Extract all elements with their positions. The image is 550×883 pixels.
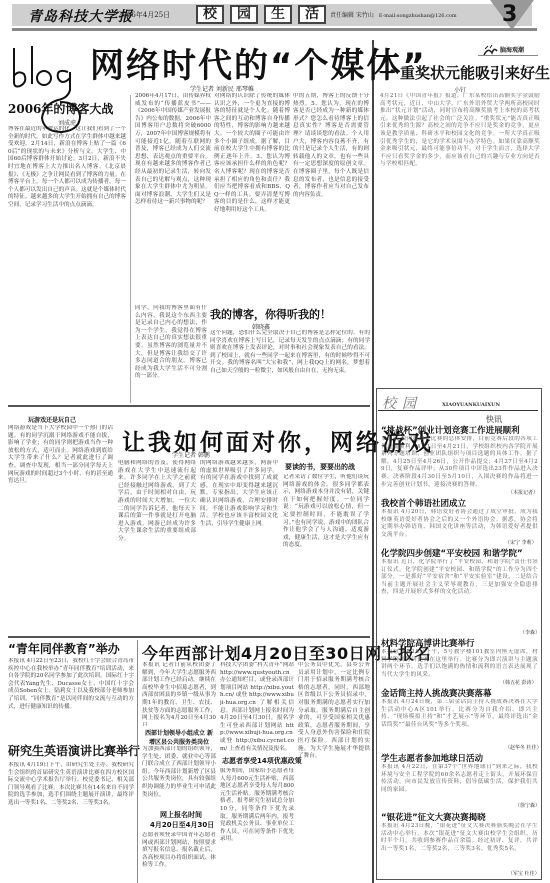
- section-rule: [8, 636, 370, 638]
- peer-education-headline: “青年同伴教育”举办: [8, 640, 120, 657]
- section-char: 生: [264, 5, 292, 24]
- kuaixun-item-source: （李森）: [520, 629, 540, 636]
- kuaixun-item-body: 本报讯 4月20日，韩语爱好者协会通过了成立审批，成为我校继英语爱好者协会之后的…: [381, 509, 538, 539]
- kuaixun-item-headline: 学生志愿者参加地球日活动: [381, 752, 483, 764]
- west-plan-col-1b: 为加强西部计划的组织领导，学生处、团委、就业中心等部门联合成立了西部计划领导小组…: [142, 746, 216, 808]
- blog-sub-headline: 我的博客，你得听我的！: [210, 306, 331, 322]
- game-col-3: 记者采访了数位学生，听他们谈玩网络游戏的体会。很多同学都表示，网络游戏本身并没有…: [283, 474, 369, 633]
- kuaixun-item-headline: “银花进”征文大赛决赛揭晓: [381, 811, 486, 823]
- kuaixun-item-body: 本报讯 近日，化学院举行了“平安校园，和谐学院”责任书签订仪式。化学院创建“平安…: [381, 559, 538, 627]
- brain-body: 4月21日《中国青年报》报道，广东某校给出高额奖学金鼓励高考状元，近日，中山大学…: [380, 93, 540, 383]
- kuaixun-item-headline: 化学院四步创建“平安校园 和谐学院”: [381, 547, 523, 559]
- column-divider: [372, 40, 374, 883]
- kuaixun-item-source: （赵华冬 杜佳）: [505, 744, 542, 751]
- section-title: 校 园 生 活: [196, 5, 326, 24]
- kuaixun-item-source: （韩五花 彭涛）: [500, 679, 537, 686]
- masthead-rule: [12, 28, 537, 31]
- kuaixun-item-headline: 金话筒主持人挑战赛决赛落幕: [381, 687, 492, 699]
- kuaixun-item-source: （徐宁森）: [515, 802, 540, 809]
- masthead: 青岛科技大学报 2006年4月25日 校 园 生 活 责任编辑 宋竹山 E-ma…: [0, 0, 550, 34]
- west-plan-col-1c: 志愿者须登录中国青年志愿者网或西部计划网站，按照要求填写报名信息。报名截止后，各…: [142, 832, 216, 882]
- kuaixun-item-headline: 材料学院高博讲比赛举行: [381, 637, 475, 649]
- english-contest-body: 本报讯 4月19日下午，由研究生处主办、我校研究生会组织的首届研究生英语演讲比赛…: [8, 762, 134, 880]
- kuaixun-item-body: 本报讯 4月23日晚，“银花进”征文大赛决赛颁奖晚会在学生活动中心举行。本次“银…: [381, 823, 538, 869]
- brain-headline: 重奖状元能吸引来好生源?: [400, 62, 550, 83]
- west-plan-col-3: 中公务员中优先。县乡公务员录用计划中，一定比例专门用于招录服务期满考核合格的志愿…: [298, 662, 370, 882]
- kuaixun-header: 校园 XIAOYUANKUAIXUN: [378, 397, 538, 411]
- game-sub-title: 要读的书，要要出的战: [285, 462, 355, 472]
- blog-col-4: 同学，问我的博客里面有什么内容，我说这个东西主要是记录自己内心的想法，作为一个学…: [135, 305, 207, 403]
- peer-education-body: 本报讯 4月22日至23日，我校红十字会联合青岛市疾控中心在我校举办“青年同伴教…: [8, 658, 134, 738]
- section-char: 园: [230, 5, 258, 24]
- kuaixun-item-body: 本报讯 校网挑战杯比赛的总体安排，目前竞赛后段的各项工作进展顺利。4月1日至4月…: [381, 436, 538, 489]
- section-char: 校: [196, 5, 224, 24]
- blog-sidebar-body: 博客在最近的年被运的化。这让我们看到了一个全新的时代。如此写作方式在学生群体中越…: [8, 126, 126, 402]
- editor-email: E-mail:songzhushan@126.com: [379, 13, 457, 19]
- english-contest-headline: 研究生英语演讲比赛举行: [8, 742, 140, 759]
- game-kicker: 玩游戏还是玩自己: [28, 415, 76, 424]
- game-col-0: 网络游戏是当下大学校园中一个热门的话题。有的同学沉溺于网络游戏不能自拔，影响了学…: [8, 425, 113, 633]
- west-plan-sub-2: 网上报名时间: [160, 810, 202, 820]
- page-number: 3: [502, 2, 517, 27]
- game-byline: 学生记者 韩鹏: [172, 450, 210, 459]
- west-plan-sub-1: 西部计划领导小组成立 新增区县公共服务类岗位: [142, 728, 216, 746]
- brain-waves-icon: [482, 42, 498, 54]
- blog-sidebar-title: 2006年的博客大战: [8, 100, 113, 117]
- brain-column-name: 脑海观潮: [500, 45, 524, 54]
- west-plan-col-1: 本报讯 记者日前从校团委了解到，今年大学生志愿服务西部计划工作已经启动。继续在高…: [142, 662, 216, 726]
- kuaixun-item-source: （本报记者）: [508, 489, 538, 496]
- kuaixun-item-body: 本报讯 4月18日下午，5号教学楼101教室内座无虚席，材料学院高博讲比赛在这里…: [381, 649, 538, 679]
- kuaixun-item-headline: 我校首个韩语社团成立: [381, 497, 466, 509]
- blog-byline: 学生记者 刘新民 邢琴帷: [190, 84, 254, 93]
- column-name-rule: [478, 55, 538, 56]
- kuaixun-item-source: （军宝 杜佳）: [508, 870, 540, 877]
- section-rule: [8, 405, 370, 407]
- editor-name: 责任编辑 宋竹山: [330, 12, 374, 19]
- sidebar-divider: [130, 95, 131, 403]
- kuaixun-title: 校园: [382, 393, 422, 413]
- bottom-divider: [137, 640, 138, 883]
- blog-col-1: 2006年4月17日，由传媒界权威发布的“传播蓝皮书”——《2006年中国传媒产…: [135, 93, 211, 303]
- game-col-1: 电脑和网络的普及，使得网络游戏在大学生中迅速流行起来。许多同学在上大学之前就已经…: [118, 460, 196, 633]
- blog-sub-body: 这个问题，恐怕什么完全取决于自己的博客是怎样定位的。有的同学喜欢在博客上写日记，…: [210, 330, 370, 403]
- issue-date: 2006年4月25日: [118, 10, 170, 20]
- editor-info: 责任编辑 宋竹山 E-mail:songzhushan@126.com: [330, 10, 457, 19]
- west-plan-sub-3: 志愿者享受14项优惠政策: [222, 756, 302, 766]
- section-char: 活: [298, 5, 326, 24]
- west-plan-col-2: 科技大学团委“科大青年”网站 http://www.qustyouth.cn 办…: [220, 662, 294, 754]
- kuaixun-item-headline: “挑战杯”创业计划竞赛工作进展顺利: [381, 424, 520, 436]
- kuaixun-item-body: 本报讯 4月24日晚，第三届金话筒主持人挑战赛决赛在大学生活动中心A区101举行…: [381, 699, 538, 744]
- blog-col-3: 中的五期，博客上的反馈十分热烈。5、您认为，现在的博客是否已经成为一种新的媒体形…: [293, 93, 369, 303]
- kuaixun-item-body: 本报讯 4月22日，在第37个“世界地球日”到来之际，我校环境与安全工程学院的6…: [381, 764, 538, 800]
- blog-headline: 网络时代的“个媒体”: [90, 38, 427, 87]
- west-plan-sub-2b: 4月20日至4月30日: [150, 820, 214, 830]
- west-plan-col-2b: 服务期间，国家给予志愿者每人每月600元生活补贴，西部地区志愿者享受每人每月80…: [220, 768, 294, 882]
- blog-col-2: 对网络的认识除了传统的媒体认识之外，一个更为直接的博客的特征就是个人化。随着博客…: [214, 93, 290, 303]
- game-col-2: 的网络游戏越来越多，网游中的虚拟世界吸引了许多同学。有的同学在游戏中找到了成就感…: [200, 460, 278, 633]
- kuaixun-pinyin: XIAOYUANKUAIXUN: [442, 402, 500, 408]
- kuaixun-item-source: （宋宁 李莉）: [505, 539, 537, 546]
